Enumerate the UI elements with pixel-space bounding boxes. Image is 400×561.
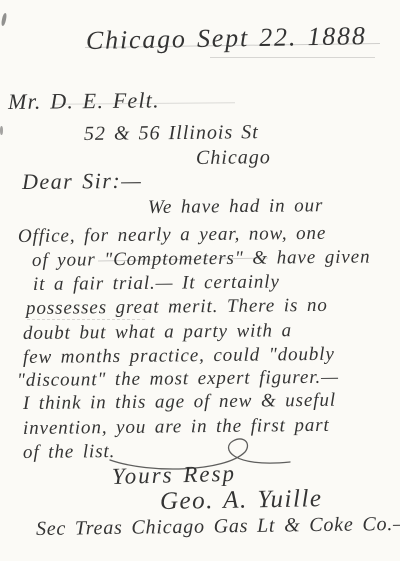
scan-speck: [0, 126, 3, 135]
recipient-address: 52 & 56 Illinois St: [84, 122, 259, 145]
recipient-city: Chicago: [196, 147, 271, 169]
letter-body-line: Office, for nearly a year, now, one: [18, 224, 326, 247]
scan-artifact-line: [27, 319, 145, 320]
scan-artifact-line: [210, 57, 375, 58]
letter-body-line: of your "Comptometers" & have given: [32, 247, 371, 270]
letter-body-line: it a fair trial.— It certainly: [33, 272, 280, 295]
salutation: Dear Sir:—: [22, 169, 143, 193]
letter-body-line: invention, you are in the first part: [23, 416, 330, 439]
signature: Geo. A. Yuille: [160, 486, 323, 515]
letter-page: Chicago Sept 22. 1888 Mr. D. E. Felt. 52…: [0, 0, 400, 561]
letter-body-line: doubt but what a party with a: [23, 321, 292, 344]
scan-speck: [1, 13, 8, 27]
recipient-name: Mr. D. E. Felt.: [8, 88, 160, 113]
dateline: Chicago Sept 22. 1888: [86, 22, 367, 54]
letter-body-line: We have had in our: [148, 196, 323, 218]
signature-title: Sec Treas Chicago Gas Lt & Coke Co.—: [36, 514, 400, 540]
closing: Yours Resp: [112, 462, 237, 489]
letter-body-line: possesses great merit. There is no: [26, 296, 328, 319]
letter-body-line: "discount" the most expert figurer.—: [17, 368, 339, 391]
letter-body-line: few months practice, could "doubly: [23, 345, 335, 368]
letter-body-line: I think in this age of new & useful: [23, 391, 336, 414]
letter-body-line: of the list.: [23, 442, 115, 463]
